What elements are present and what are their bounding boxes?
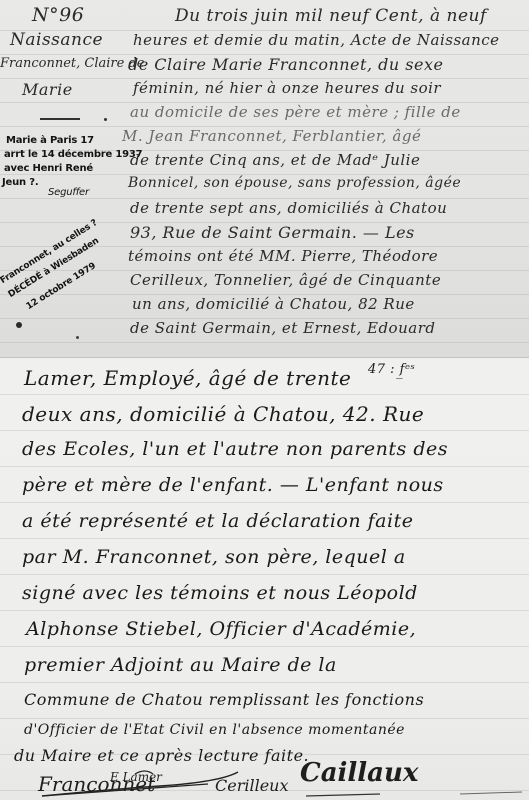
marriage-note-line: arrt le 14 décembre 1937 [4,149,142,160]
body-line: signé avec les témoins et nous Léopold [22,582,418,604]
body-line: 93, Rue de Saint Germain. — Les [130,223,415,242]
body-line: des Ecoles, l'un et l'autre non parents … [22,438,448,460]
body-line: un ans, domicilié à Chatou, 82 Rue [132,295,415,313]
ruled-line [0,538,529,539]
margin-heading: Naissance [10,30,103,50]
officer-signature-margin: Seguffer [48,187,89,198]
body-line: de trente Cinq ans, et de Madᵉ Julie [130,151,420,169]
ruled-line [0,682,529,683]
marriage-note-line: Jeun ?. [2,177,38,188]
body-line: par M. Franconnet, son père, lequel a [22,546,406,568]
ruled-line [0,610,529,611]
body-line: Commune de Chatou remplissant les foncti… [24,690,424,709]
body-line: Du trois juin mil neuf Cent, à neuf [175,6,487,26]
ink-blot [16,322,22,328]
marriage-note-line: Marie à Paris 17 [6,135,94,146]
signature-officer: Caillaux [300,758,418,788]
body-line: heures et demie du matin, Acte de Naissa… [133,31,500,49]
ruled-line [0,430,529,431]
signature-witness-cerilleux: Cerilleux [215,776,289,795]
body-line: au domicile de ses père et mère ; fille … [130,103,461,121]
margin-approval: 47 : f̲ᵉˢ [368,362,415,377]
signature-underline [40,780,210,800]
body-line: Cerilleux, Tonnelier, âgé de Cinquante [130,271,441,289]
entry-number: N°96 [32,4,84,26]
register-page-bottom: Lamer, Employé, âgé de trente 47 : f̲ᵉˢ … [0,357,529,800]
margin-underline [40,118,80,120]
body-line: deux ans, domicilié à Chatou, 42. Rue [22,402,424,426]
ruled-line [0,574,529,575]
body-line: témoins ont été MM. Pierre, Théodore [128,247,438,265]
body-line: Bonnicel, son épouse, sans profession, â… [128,175,461,191]
body-line: de Claire Marie Franconnet, du sexe [128,55,443,74]
marriage-note-line: avec Henri René [4,163,93,174]
ruled-line [0,502,529,503]
margin-given-name: Marie [22,80,73,99]
ruled-line [0,718,529,719]
body-line: féminin, né hier à onze heures du soir [133,79,441,97]
body-line: M. Jean Franconnet, Ferblantier, âgé [122,127,421,145]
margin-dot [104,118,107,121]
ruled-line [0,394,529,395]
body-line: premier Adjoint au Maire de la [24,654,337,676]
ruled-line [0,646,529,647]
body-line: de Saint Germain, et Ernest, Edouard [130,319,435,337]
body-line: Lamer, Employé, âgé de trente [24,366,351,390]
ink-dot [76,336,79,339]
margin-surname: Franconnet, Claire de [0,56,144,71]
body-line: d'Officier de l'Etat Civil en l'absence … [24,722,405,738]
body-line: a été représenté et la déclaration faite [22,510,413,532]
body-line: de trente sept ans, domiciliés à Chatou [130,199,447,217]
register-page-top: N°96 Naissance Franconnet, Claire de Mar… [0,0,529,357]
ruled-line [0,342,529,343]
body-line: père et mère de l'enfant. — L'enfant nou… [22,474,444,496]
ruled-line [0,466,529,467]
body-line: Alphonse Stiebel, Officier d'Académie, [26,618,416,640]
signature-underline [300,786,529,800]
